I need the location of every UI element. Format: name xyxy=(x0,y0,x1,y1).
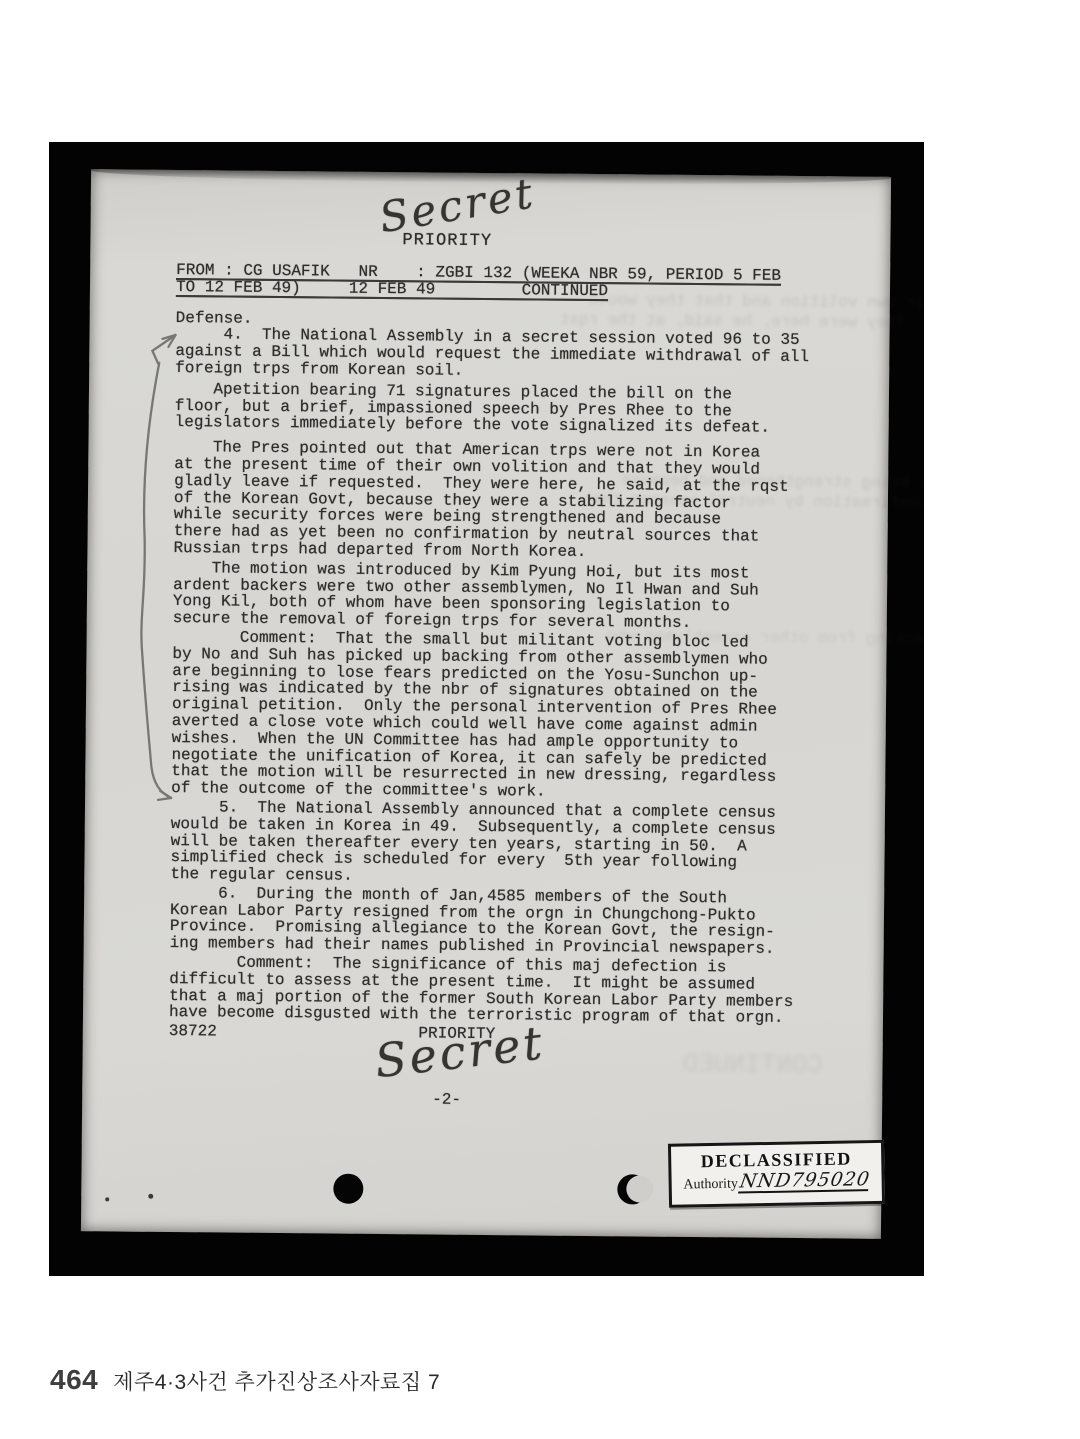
punch-hole-partial xyxy=(617,1174,647,1204)
ink-speck xyxy=(148,1194,153,1199)
ink-speck xyxy=(105,1197,109,1201)
typed-line: legislators immediately before the vote … xyxy=(175,414,809,437)
book-caption: 464 제주4·3사건 추가진상조사자료집 7 xyxy=(50,1364,440,1396)
authority-label: Authority xyxy=(683,1177,738,1193)
book-page-number: 464 xyxy=(50,1364,98,1396)
scanned-paper: at the present time of their own volitio… xyxy=(81,169,891,1239)
authority-number-handwritten: NND795020 xyxy=(738,1170,871,1193)
punch-hole xyxy=(333,1174,363,1204)
book-title: 제주4·3사건 추가진상조사자료집 7 xyxy=(113,1366,440,1396)
typed-message-body: FROM : CG USAFIK NR : ZGBI 132 (WEEKA NB… xyxy=(169,262,810,1046)
declassified-stamp: DECLASSIFIED AuthorityNND795020 xyxy=(668,1140,885,1208)
document-photo: at the present time of their own volitio… xyxy=(49,142,924,1276)
priority-label-top: PRIORITY xyxy=(402,231,492,251)
bleed-through-text: TO 12 FEB 49) 12 FEB 49 CONTINUED xyxy=(682,1049,924,1086)
page-number: -2- xyxy=(432,1091,461,1109)
